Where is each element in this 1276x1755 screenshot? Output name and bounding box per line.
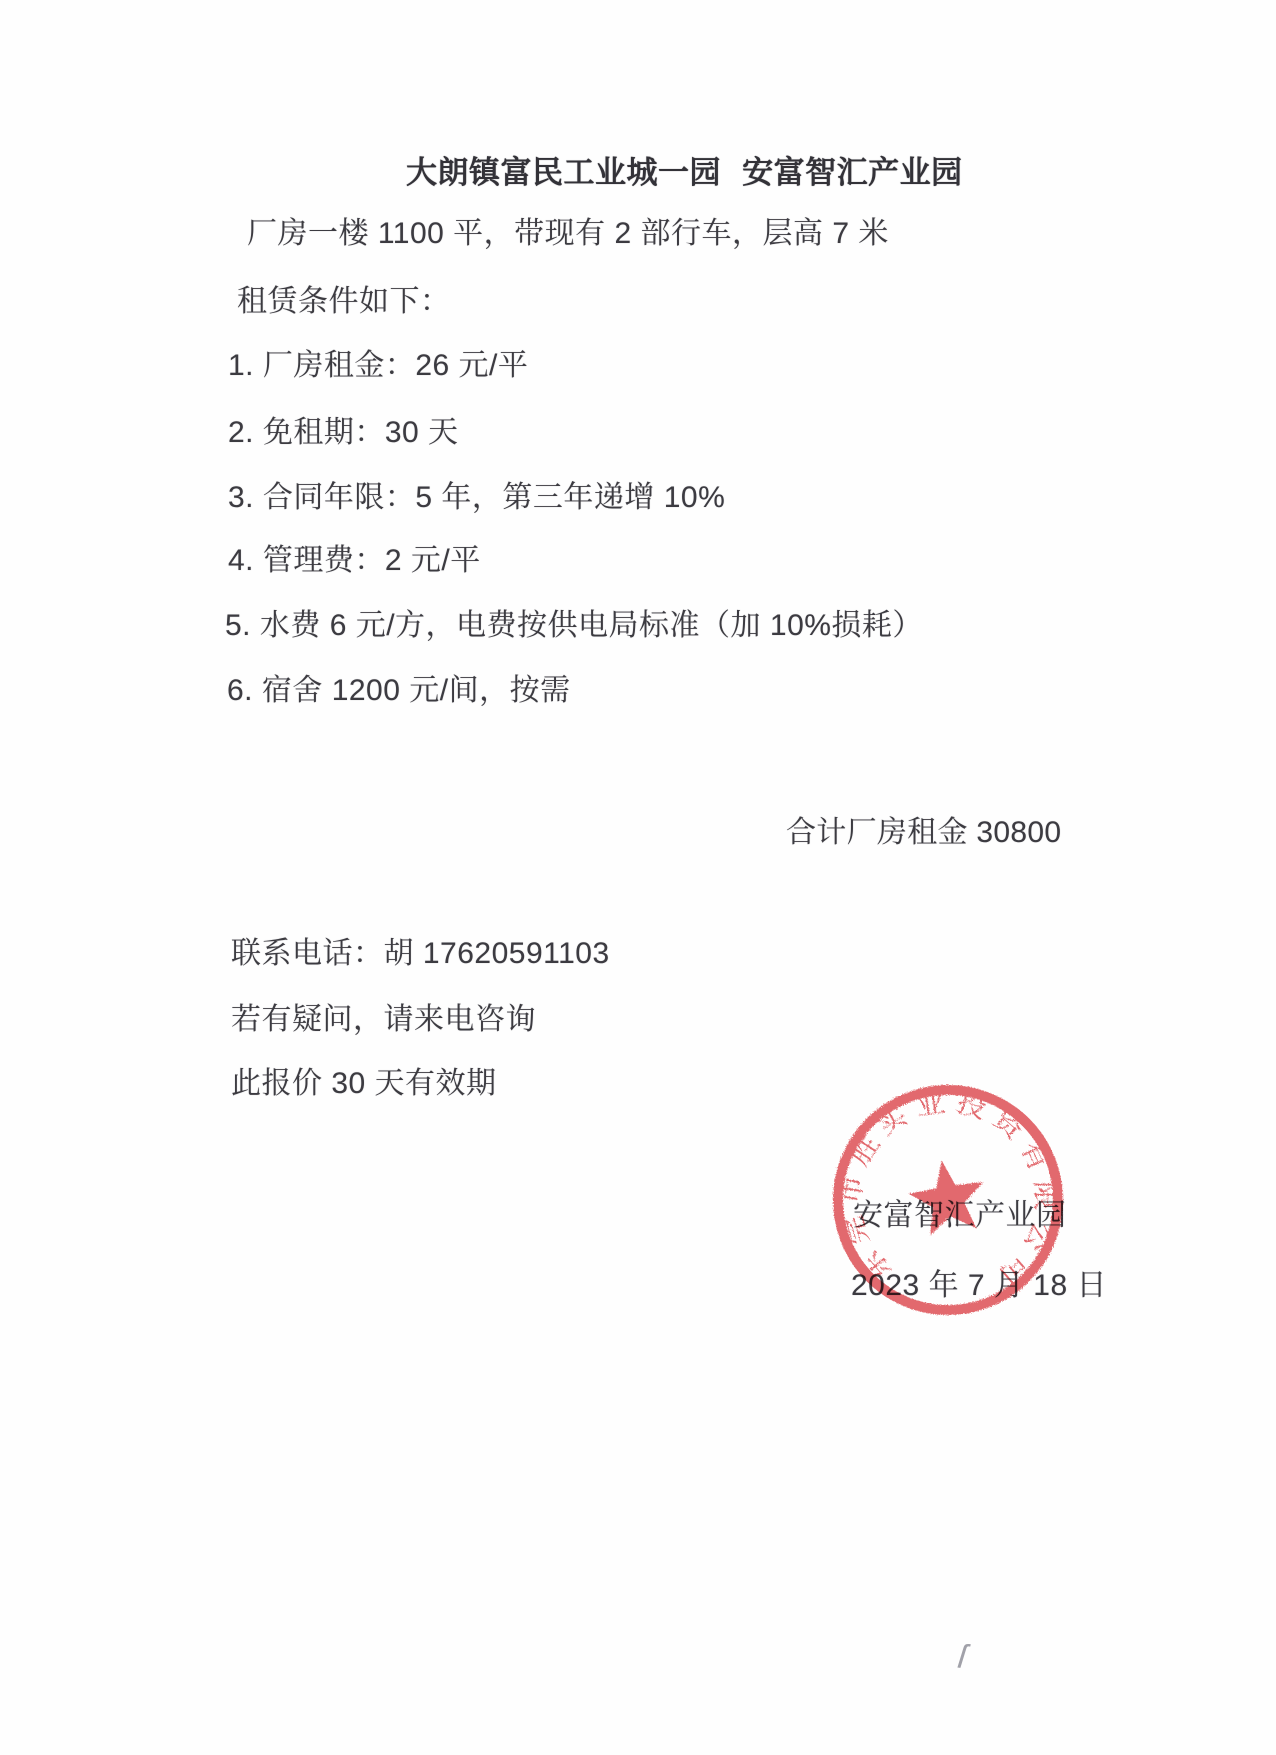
conditions-heading: 租赁条件如下： — [237, 282, 451, 322]
condition-item-1: 1. 厂房租金：26 元/平 — [228, 346, 528, 386]
scanned-quotation-page: 大朗镇富民工业城一园 安富智汇产业园 厂房一楼 1100 平，带现有 2 部行车… — [0, 0, 1276, 1755]
condition-item-3: 3. 合同年限：5 年，第三年递增 10% — [228, 478, 725, 518]
contact-line: 联系电话：胡 17620591103 — [231, 934, 610, 974]
condition-item-2: 2. 免租期：30 天 — [228, 413, 459, 453]
document-title: 大朗镇富民工业城一园 安富智汇产业园 — [406, 153, 963, 193]
total-line: 合计厂房租金 30800 — [786, 813, 1061, 853]
condition-item-6: 6. 宿舍 1200 元/间，按需 — [227, 671, 571, 711]
note-line-2: 此报价 30 天有效期 — [231, 1064, 497, 1104]
condition-item-4: 4. 管理费：2 元/平 — [228, 541, 481, 581]
seal-star-icon — [904, 1155, 990, 1238]
pen-mark: ſ — [956, 1638, 968, 1678]
condition-item-5: 5. 水费 6 元/方，电费按供电局标准（加 10%损耗） — [225, 606, 923, 646]
note-line-1: 若有疑问，请来电咨询 — [231, 1000, 536, 1040]
intro-line: 厂房一楼 1100 平，带现有 2 部行车，层高 7 米 — [247, 214, 889, 254]
company-seal: 东莞市胜实业投资有限公司 — [828, 1080, 1068, 1320]
